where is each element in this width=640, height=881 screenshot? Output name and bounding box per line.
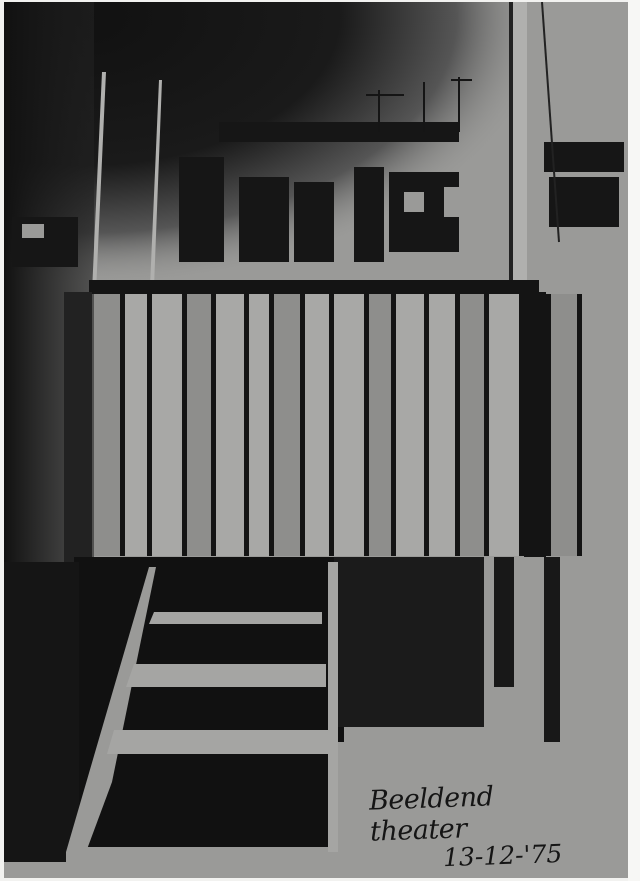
- caption-title: Beeldend theater: [369, 778, 581, 847]
- photo-artwork: [4, 2, 628, 878]
- poster-photo: Beeldend theater 13-12-'75: [4, 2, 628, 878]
- handwritten-caption: Beeldend theater 13-12-'75: [369, 778, 582, 874]
- paper-border: [628, 0, 640, 881]
- caption-date: 13-12-'75: [443, 838, 582, 872]
